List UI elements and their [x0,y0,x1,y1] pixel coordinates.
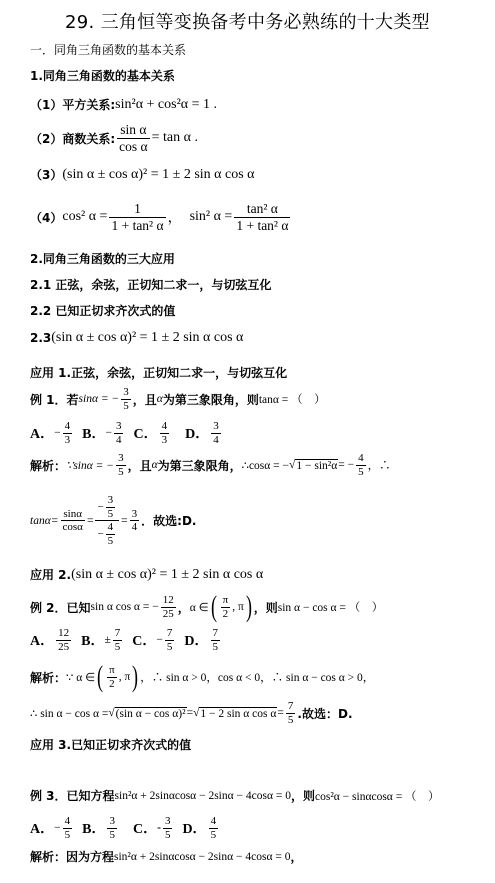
question: cos²α − sinαcosα = （ ） [315,788,440,804]
formula-line-4: （4） cos² α = 1 1 + tan² α ， sin² α = tan… [30,201,292,233]
fraction: sinαcosα [61,508,85,534]
example-label: 例 2．已知 [30,599,91,616]
application-heading: 应用 3.已知正切求齐次式的值 [30,736,191,753]
equals: = [87,515,94,527]
solution-label: 解析：因为方程 [30,848,114,865]
complex-fraction: − 35 − 45 [95,494,119,548]
option-letter: C． [133,818,157,838]
sign: - [157,822,161,834]
therefore-symbol: ，∴ [368,457,391,473]
formula: = tan α . [152,130,198,146]
text: ，且 [128,457,152,474]
formula: sin²α + cos²α = 1 . [115,97,217,113]
sign: − [105,427,112,439]
square-root: √1 − sin²α [289,459,338,472]
formula: (sin α ± cos α)² = 1 ± 2 sin α cos α [51,330,243,346]
question: tanα = （ ） [259,391,326,407]
solution-2-line-1: 解析： ∵ α ∈ ( π2 , π ) ，∴ sin α > 0，cos α … [30,662,374,692]
example-label: 例 1．若 [30,391,79,408]
formula: α ∈ [190,600,209,614]
formula: ∴cosα = − [242,458,289,472]
fraction: 35 [116,452,126,478]
fraction: tan² α 1 + tan² α [234,201,290,233]
fraction: 75 [286,700,296,726]
fraction: 34 [211,420,221,446]
formula: sin² α = [190,209,233,225]
example-3: 例 3．已知方程 sin²α + 2sinαcosα − 2sinα − 4co… [30,787,440,804]
subsection-heading: 2.2 已知正切求齐次式的值 [30,302,175,319]
option-letter: B． [82,818,105,838]
fraction: 35 [107,815,117,841]
text: ，则 [291,787,315,804]
formula: ∵ α ∈ [66,670,95,684]
formula: sin²α + 2sinαcosα − 2sinα − 4cosα = 0 [114,851,290,863]
text: 为第三象限角，则 [163,391,259,408]
fraction: sin α cos α [117,122,149,154]
example-label: 例 3．已知方程 [30,787,115,804]
conclusion: .故选：D. [297,705,352,722]
formula: ∴ sin α − cos α = [30,706,108,720]
option-letter: D． [182,818,206,838]
option-letter: D． [185,423,209,443]
option-letter: B． [81,630,104,650]
example-1: 例 1．若 sinα = − 3 5 ，且 α 为第三象限角，则 tanα = … [30,386,326,412]
sign: − [156,634,163,646]
label: 应用 2. [30,566,71,583]
option-letter: C． [132,630,156,650]
square-root: √(sin α − cos α)² [108,707,186,720]
subsection-heading: 2.3 (sin α ± cos α)² = 1 ± 2 sin α cos α [30,330,243,346]
label: 2.3 [30,331,51,345]
fraction: 43 [160,420,170,446]
text: ，且 [133,391,157,408]
text: ，则 [254,599,278,616]
option-letter: A． [30,423,54,443]
formula: ∵sinα = − [66,458,114,472]
solution-1-line-2: tanα= sinαcosα = − 35 − 45 = 34 ．故选:D. [30,494,196,548]
solution-2-line-2: ∴ sin α − cos α = √(sin α − cos α)² = √1… [30,700,353,726]
subsection-heading: 2.1 正弦，余弦，正切知二求一，与切弦互化 [30,276,271,293]
option-letter: B． [82,423,105,443]
formula: sinα = − [79,393,120,405]
item-label: （4） [30,209,62,226]
fraction: 1225 [161,594,176,620]
section-heading: 一．同角三角函数的基本关系 [30,41,186,58]
formula: sin²α + 2sinαcosα − 2sinα − 4cosα = 0 [115,790,291,802]
solution-label: 解析： [30,457,66,474]
sign: − [54,822,61,834]
solution-label: 解析： [30,669,66,686]
example-2: 例 2．已知 sin α cos α = − 1225 ， α ∈ ( π2 ,… [30,592,383,622]
solution-1-line-1: 解析： ∵sinα = − 35 ，且 α 为第三象限角， ∴cosα = − … [30,452,391,478]
question: sin α − cos α = （ ） [278,599,384,615]
fraction: 75 [211,627,221,653]
subsection-heading: 1.同角三角函数的基本关系 [30,67,175,84]
options-1: A． − 43 B． − 34 C． 43 D． 34 [30,420,223,446]
solution-3-line-1: 解析：因为方程 sin²α + 2sinαcosα − 2sinα − 4cos… [30,848,302,865]
formula: = − [338,459,354,471]
text: 为第三象限角， [158,457,242,474]
formula: (sin α ± cos α)² = 1 ± 2 sin α cos α [62,167,254,183]
item-label: （1）平方关系: [30,96,115,113]
page-title: 29. 三角恒等变换备考中务必熟练的十大类型 [0,8,495,34]
options-2: A． 1225 B． ± 75 C． − 75 D． 75 [30,627,222,653]
fraction: 34 [130,508,140,534]
formula-line-2: （2）商数关系: sin α cos α = tan α . [30,122,198,154]
sign: − [54,427,61,439]
fraction: 1225 [56,627,71,653]
subsection-heading: 2.同角三角函数的三大应用 [30,250,175,267]
text: ， [290,848,302,865]
fraction: 45 [63,815,73,841]
formula: cos² α = [62,209,107,225]
formula: tanα= [30,515,59,527]
formula: , π [232,601,244,613]
conclusion: ．故选:D. [141,512,196,529]
application-heading: 应用 2. (sin α ± cos α)² = 1 ± 2 sin α cos… [30,566,263,583]
square-root: √1 − 2 sin α cos α [193,707,277,720]
option-letter: A． [30,630,54,650]
fraction: 45 [209,815,219,841]
formula-line-1: （1）平方关系: sin²α + cos²α = 1 . [30,96,217,113]
fraction: 1 1 + tan² α [109,201,165,233]
fraction: 45 [356,452,366,478]
formula: (sin α ± cos α)² = 1 ± 2 sin α cos α [71,567,263,583]
fraction: 43 [63,420,73,446]
fraction: 75 [113,627,123,653]
fraction: 3 5 [121,386,131,412]
formula: , π [119,671,131,683]
item-label: （3） [30,166,62,183]
fraction: 34 [114,420,124,446]
sign: ± [104,634,110,646]
fraction: π2 [221,594,231,620]
separator: ， [168,207,182,227]
text: ， [178,599,190,616]
equals: = [277,707,284,719]
item-label: （2）商数关系: [30,130,115,147]
fraction: π2 [107,664,117,690]
formula: ，∴ sin α > 0，cos α < 0，∴ sin α − cos α >… [140,669,374,685]
option-letter: C． [133,423,157,443]
options-3: A． − 45 B． 35 C． - 35 D． 45 [30,815,220,841]
equals: = [121,515,128,527]
application-heading: 应用 1.正弦，余弦，正切知二求一，与切弦互化 [30,364,287,381]
fraction: 35 [163,815,173,841]
formula-line-3: （3） (sin α ± cos α)² = 1 ± 2 sin α cos α [30,166,254,183]
formula: sin α cos α = − [91,601,159,613]
option-letter: D． [184,630,208,650]
option-letter: A． [30,818,54,838]
fraction: 75 [165,627,175,653]
